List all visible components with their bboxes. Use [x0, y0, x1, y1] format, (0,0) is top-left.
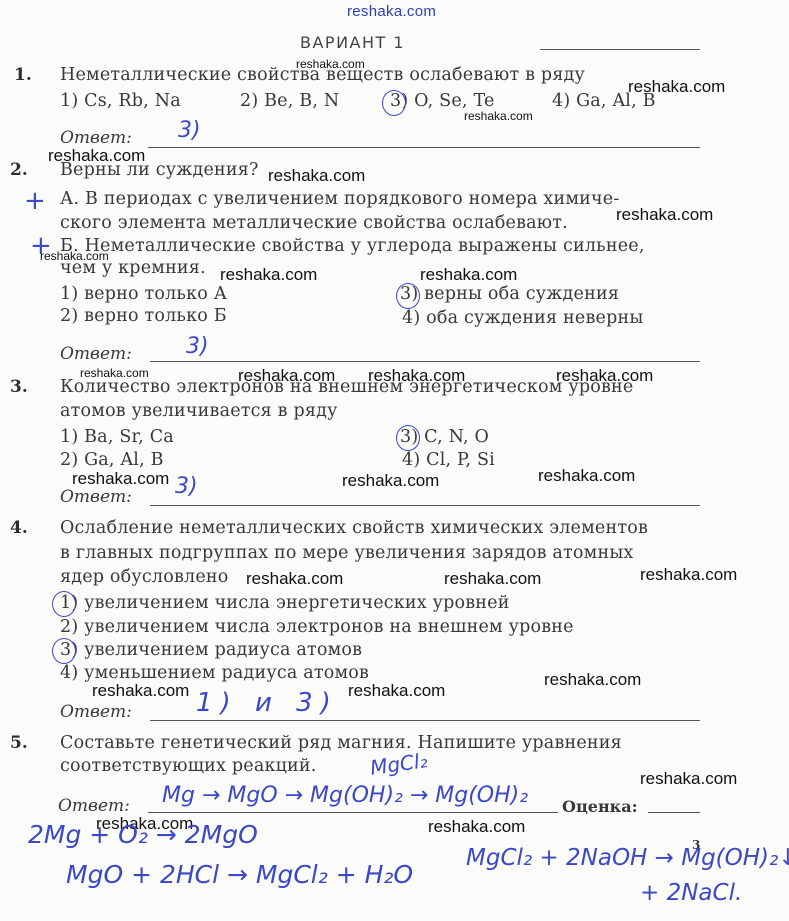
statement-a-line1: А. В периодах с увеличением порядкового … — [60, 189, 619, 209]
question-4-text-line2: в главных подгруппах по мере увеличения … — [60, 543, 634, 563]
watermark[interactable]: reshaka.com — [640, 565, 737, 585]
answer-line-2[interactable] — [150, 361, 700, 362]
statement-a-line2: ского элемента металлические свойства ос… — [60, 213, 568, 233]
name-line — [540, 49, 700, 50]
q4-circle-mark-1 — [52, 591, 76, 617]
q2-handwritten-answer: 3) — [186, 334, 209, 359]
q4-option-2: 2) увеличением числа электронов на внешн… — [60, 617, 574, 637]
q2-option-3: 3) верны оба суждения — [400, 284, 619, 304]
watermark[interactable]: reshaka.com — [342, 471, 439, 491]
grade-line[interactable] — [648, 812, 700, 813]
watermark[interactable]: reshaka.com — [616, 205, 713, 225]
answer-label-5: Ответ: — [58, 796, 130, 816]
answer-line-1[interactable] — [148, 147, 700, 148]
watermark[interactable]: reshaka.com — [628, 77, 725, 97]
answer-label-1: Ответ: — [60, 128, 132, 148]
equation-2: MgO + 2HCl → MgCl₂ + H₂O — [66, 860, 413, 889]
q2-option-2: 2) верно только Б — [60, 306, 227, 326]
question-number-5: 5. — [10, 733, 28, 753]
answer-line-3[interactable] — [150, 505, 700, 506]
watermark[interactable]: reshaka.com — [220, 265, 317, 285]
question-5-text-line2: соответствующих реакций. — [60, 756, 317, 776]
q2-option-1: 1) верно только А — [60, 284, 227, 304]
q3-handwritten-answer: 3) — [175, 474, 198, 499]
q1-handwritten-answer: 3) — [178, 118, 201, 143]
watermark[interactable]: reshaka.com — [538, 466, 635, 486]
question-3-text-line2: атомов увеличивается в ряду — [60, 401, 338, 421]
watermark[interactable]: reshaka.com — [268, 166, 365, 186]
question-number-3: 3. — [10, 377, 28, 397]
watermark[interactable]: reshaka.com — [428, 817, 525, 837]
watermark[interactable]: reshaka.com — [420, 265, 517, 285]
question-4-text-line3: ядер обусловлено — [60, 567, 228, 587]
watermark[interactable]: reshaka.com — [92, 681, 189, 701]
question-number-1: 1. — [14, 65, 32, 85]
watermark[interactable]: reshaka.com — [444, 569, 541, 589]
question-4-text-line1: Ослабление неметаллических свойств химич… — [60, 518, 648, 538]
question-5-text-line1: Составьте генетический ряд магния. Напиш… — [60, 733, 622, 753]
watermark[interactable]: reshaka.com — [544, 670, 641, 690]
answer-label-4: Ответ: — [60, 702, 132, 722]
q2-circle-mark — [396, 283, 420, 309]
q4-option-3: 3) увеличением радиуса атомов — [60, 640, 362, 660]
equation-3: MgCl₂ + 2NaOH → Mg(OH)₂↓ + — [466, 845, 789, 871]
q1-option-2: 2) Be, B, N — [240, 91, 339, 111]
answer-line-4[interactable] — [150, 720, 700, 721]
q5-handwritten-chain: Mg → MgO → Mg(OH)₂ → Mg(OH)₂ — [162, 783, 528, 808]
question-number-4: 4. — [10, 518, 28, 538]
watermark[interactable]: reshaka.com — [246, 569, 343, 589]
question-3-text-line1: Количество электронов на внешнем энергет… — [60, 377, 633, 397]
q4-option-1: 1) увеличением числа энергетических уров… — [60, 593, 510, 613]
watermark[interactable]: reshaka.com — [640, 769, 737, 789]
grade-label: Оценка: — [562, 797, 637, 816]
watermark[interactable]: reshaka.com — [348, 681, 445, 701]
watermark-top[interactable]: reshaka.com — [347, 3, 436, 20]
q1-option-1: 1) Cs, Rb, Na — [60, 91, 181, 111]
variant-title: ВАРИАНТ 1 — [300, 33, 405, 52]
answer-line-5[interactable] — [148, 812, 558, 813]
question-2-text: Верны ли суждения? — [60, 160, 259, 180]
q2-option-4: 4) оба суждения неверны — [402, 308, 643, 328]
q4-option-4: 4) уменьшением радиуса атомов — [60, 663, 369, 683]
q4-handwritten-answer: 1) и 3) — [196, 688, 339, 718]
q3-circle-mark — [396, 425, 420, 451]
q3-option-4: 4) Cl, P, Si — [402, 450, 495, 470]
answer-label-3: Ответ: — [60, 487, 132, 507]
watermark[interactable]: reshaka.com — [72, 469, 169, 489]
equation-1: 2Mg + O₂ → 2MgO — [28, 820, 258, 849]
question-number-2: 2. — [10, 160, 28, 180]
statement-b-line1: Б. Неметаллические свойства у углерода в… — [60, 236, 645, 256]
q4-circle-mark-3 — [52, 638, 76, 664]
watermark[interactable]: reshaka.com — [296, 57, 365, 71]
equation-3-continued: + 2NaCl. — [640, 880, 742, 906]
watermark[interactable]: reshaka.com — [464, 109, 533, 123]
q1-circle-mark — [382, 90, 406, 116]
statement-b-line2: чем у кремния. — [60, 258, 206, 278]
q3-option-2: 2) Ga, Al, B — [60, 450, 164, 470]
statement-a-mark: + — [24, 186, 46, 216]
answer-label-2: Ответ: — [60, 344, 132, 364]
q3-option-1: 1) Ba, Sr, Ca — [60, 427, 174, 447]
